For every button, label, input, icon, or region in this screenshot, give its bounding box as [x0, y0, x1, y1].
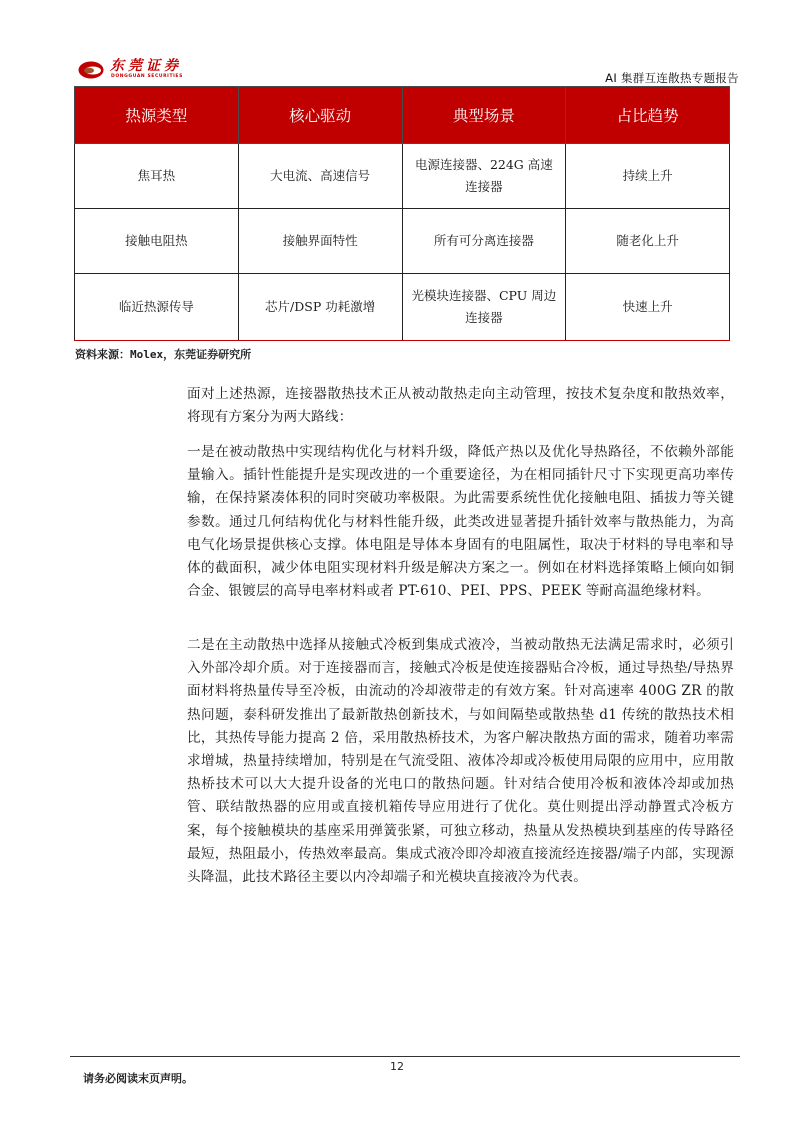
column-header: 占比趋势 [566, 87, 730, 144]
table-cell: 快速上升 [566, 274, 730, 341]
report-title: AI 集群互连散热专题报告 [605, 70, 739, 86]
table-cell: 芯片/DSP 功耗激增 [238, 274, 402, 341]
table-cell: 随老化上升 [566, 209, 730, 274]
table-header-row: 热源类型 核心驱动 典型场景 占比趋势 [75, 87, 730, 144]
logo-mark-icon [78, 61, 104, 79]
table-cell: 光模块连接器、CPU 周边连接器 [402, 274, 566, 341]
table-cell: 电源连接器、224G 高速连接器 [402, 144, 566, 209]
table-cell: 接触界面特性 [238, 209, 402, 274]
paragraph-text: 二是在主动散热中选择从接触式冷板到集成式液冷，当被动散热无法满足需求时，必须引入… [187, 634, 734, 889]
table-cell: 大电流、高速信号 [238, 144, 402, 209]
table-cell: 所有可分离连接器 [402, 209, 566, 274]
paragraph-active-cooling: 二是在主动散热中选择从接触式冷板到集成式液冷，当被动散热无法满足需求时，必须引入… [187, 634, 734, 889]
footer-disclaimer: 请务必阅读末页声明。 [83, 1070, 193, 1086]
paragraph-intro: 面对上述热源，连接器散热技术正从被动散热走向主动管理，按技术复杂度和散热效率，将… [187, 383, 734, 429]
column-header: 典型场景 [402, 87, 566, 144]
company-logo: 东莞证券 DONGGUAN SECURITIES [78, 58, 208, 82]
table-cell: 持续上升 [566, 144, 730, 209]
paragraph-text: 一是在被动散热中实现结构优化与材料升级，降低产热以及优化导热路径，不依赖外部能量… [187, 441, 734, 603]
logo-en-text: DONGGUAN SECURITIES [111, 74, 183, 80]
table-row: 接触电阻热 接触界面特性 所有可分离连接器 随老化上升 [75, 209, 730, 274]
table-row: 焦耳热 大电流、高速信号 电源连接器、224G 高速连接器 持续上升 [75, 144, 730, 209]
table-cell: 焦耳热 [75, 144, 239, 209]
table-row: 临近热源传导 芯片/DSP 功耗激增 光模块连接器、CPU 周边连接器 快速上升 [75, 274, 730, 341]
logo-cn-text: 东莞证券 [110, 58, 182, 74]
footer-divider [70, 1056, 740, 1057]
paragraph-passive-cooling: 一是在被动散热中实现结构优化与材料升级，降低产热以及优化导热路径，不依赖外部能量… [187, 441, 734, 603]
source-note: 资料来源：Molex，东莞证券研究所 [75, 346, 251, 362]
table-cell: 临近热源传导 [75, 274, 239, 341]
heat-source-table: 热源类型 核心驱动 典型场景 占比趋势 焦耳热 大电流、高速信号 电源连接器、2… [74, 86, 730, 341]
page-number: 12 [390, 1060, 404, 1073]
table-cell: 接触电阻热 [75, 209, 239, 274]
column-header: 热源类型 [75, 87, 239, 144]
paragraph-text: 面对上述热源，连接器散热技术正从被动散热走向主动管理，按技术复杂度和散热效率，将… [187, 383, 734, 429]
column-header: 核心驱动 [238, 87, 402, 144]
